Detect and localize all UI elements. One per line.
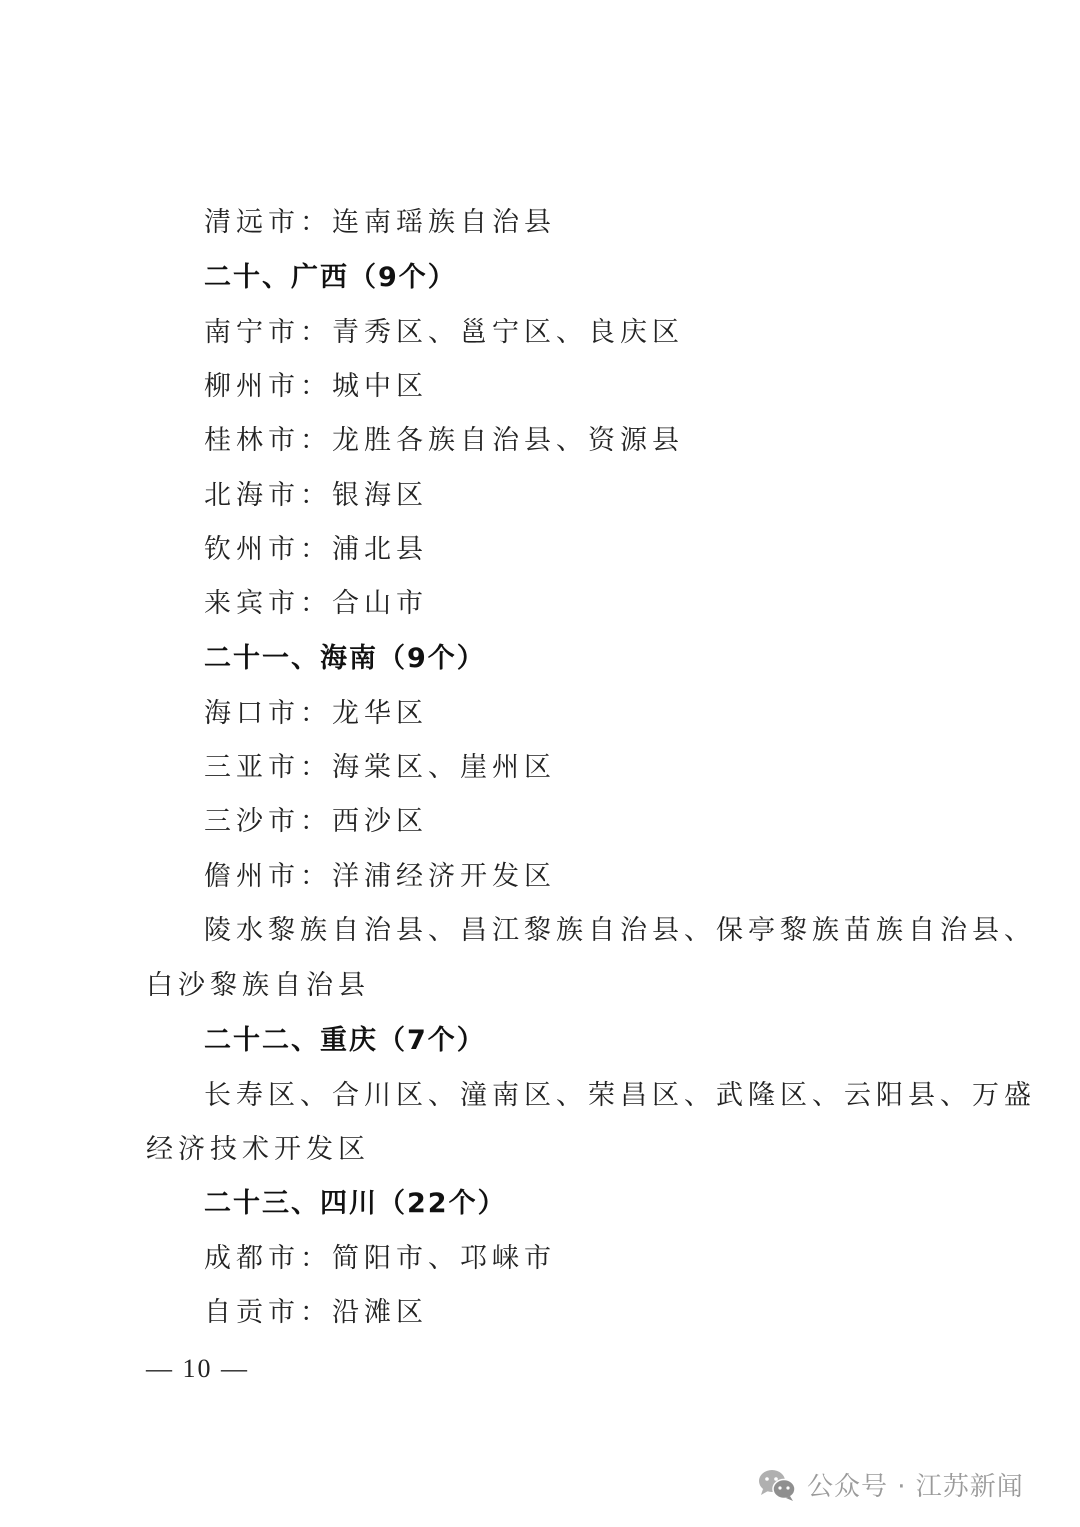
entry-laibin: 来宾市：合山市 — [204, 587, 428, 621]
entry-liuzhou: 柳州市：城中区 — [204, 370, 428, 404]
entry-guilin: 桂林市：龙胜各族自治县、资源县 — [204, 424, 684, 458]
entry-nanning: 南宁市：青秀区、邕宁区、良庆区 — [204, 316, 684, 350]
page-number: — 10 — — [146, 1354, 249, 1384]
entry-sansha: 三沙市：西沙区 — [204, 805, 428, 839]
entry-qingyuan: 清远市：连南瑶族自治县 — [204, 206, 556, 240]
entry-beihai: 北海市：银海区 — [204, 479, 428, 513]
section-heading-hainan: 二十一、海南（9个） — [204, 642, 486, 676]
watermark-text: 公众号 · 江苏新闻 — [807, 1466, 1024, 1503]
entry-sanya: 三亚市：海棠区、崖州区 — [204, 751, 556, 785]
section-heading-chongqing: 二十二、重庆（7个） — [204, 1024, 486, 1058]
entry-haikou: 海口市：龙华区 — [204, 697, 428, 731]
wechat-icon — [757, 1468, 797, 1502]
entry-chongqing-districts-cont: 经济技术开发区 — [146, 1133, 370, 1167]
entry-hainan-counties-cont: 白沙黎族自治县 — [146, 969, 370, 1003]
entry-chongqing-districts: 长寿区、合川区、潼南区、荣昌区、武隆区、云阳县、万盛 — [204, 1079, 1036, 1113]
watermark: 公众号 · 江苏新闻 — [757, 1466, 1024, 1503]
entry-danzhou: 儋州市：洋浦经济开发区 — [204, 860, 556, 894]
section-heading-sichuan: 二十三、四川（22个） — [204, 1187, 507, 1221]
entry-qinzhou: 钦州市：浦北县 — [204, 533, 428, 567]
entry-zigong: 自贡市：沿滩区 — [204, 1296, 428, 1330]
section-heading-guangxi: 二十、广西（9个） — [204, 261, 457, 295]
entry-hainan-counties: 陵水黎族自治县、昌江黎族自治县、保亭黎族苗族自治县、 — [204, 914, 1036, 948]
entry-chengdu: 成都市：简阳市、邛崃市 — [204, 1242, 556, 1276]
